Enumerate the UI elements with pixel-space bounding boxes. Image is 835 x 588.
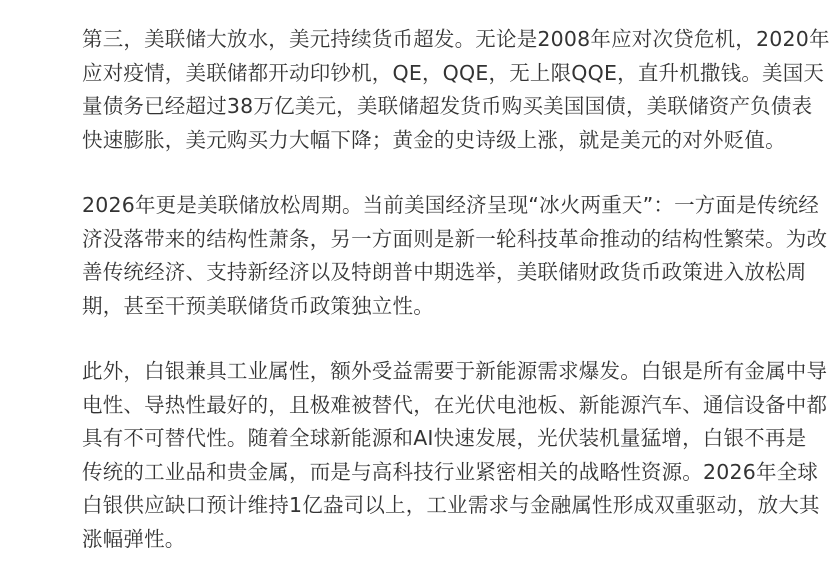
text-line: 2026年更是美联储放松周期。当前美国经济呈现“冰火两重天”：一方面是传统经 xyxy=(82,189,830,223)
text-line: 善传统经济、支持新经济以及特朗普中期选举，美联储财政货币政策进入放松周 xyxy=(82,256,830,290)
text-line: 白银供应缺口预计维持1亿盎司以上，工业需求与金融属性形成双重驱动，放大其 xyxy=(82,489,830,523)
text-line: 传统的工业品和贵金属，而是与高科技行业紧密相关的战略性资源。2026年全球 xyxy=(82,456,830,490)
text-line: 快速膨胀，美元购买力大幅下降；黄金的史诗级上涨，就是美元的对外贬值。 xyxy=(82,124,830,158)
text-line: 济没落带来的结构性萧条，另一方面则是新一轮科技革命推动的结构性繁荣。为改 xyxy=(82,223,830,257)
text-line: 量债务已经超过38万亿美元，美联储超发货币购买美国国债，美联储资产负债表 xyxy=(82,90,830,124)
text-line: 应对疫情，美联储都开动印钞机，QE，QQE，无上限QQE，直升机撒钱。美国天 xyxy=(82,57,830,91)
text-line: 涨幅弹性。 xyxy=(82,523,830,555)
article-body: 第三，美联储大放水，美元持续货币超发。无论是2008年应对次贷危机，2020年 … xyxy=(82,23,830,554)
paragraph-silver-industrial: 此外，白银兼具工业属性，额外受益需要于新能源需求爆发。白银是所有金属中导 电性、… xyxy=(82,355,830,554)
text-line: 第三，美联储大放水，美元持续货币超发。无论是2008年应对次贷危机，2020年 xyxy=(82,23,830,57)
text-line: 期，甚至干预美联储货币政策独立性。 xyxy=(82,290,830,324)
text-line: 电性、导热性最好的，且极难被替代，在光伏电池板、新能源汽车、通信设备中都 xyxy=(82,389,830,423)
text-line: 具有不可替代性。随着全球新能源和AI快速发展，光伏装机量猛增，白银不再是 xyxy=(82,422,830,456)
paragraph-fed-easing: 第三，美联储大放水，美元持续货币超发。无论是2008年应对次贷危机，2020年 … xyxy=(82,23,830,157)
paragraph-2026-cycle: 2026年更是美联储放松周期。当前美国经济呈现“冰火两重天”：一方面是传统经 济… xyxy=(82,189,830,323)
text-line: 此外，白银兼具工业属性，额外受益需要于新能源需求爆发。白银是所有金属中导 xyxy=(82,355,830,389)
